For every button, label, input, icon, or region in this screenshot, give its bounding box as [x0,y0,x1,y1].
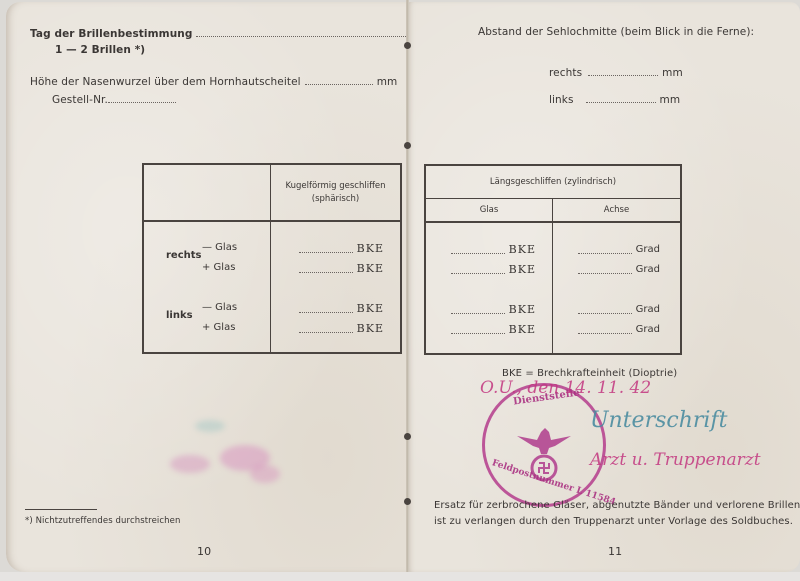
value-blank-line[interactable] [299,263,353,273]
nose-height-blank-line[interactable] [305,75,373,85]
value-row: BKE [426,259,552,279]
value-row: BKE [271,238,400,258]
cylindrical-header: Längsgeschliffen (zylindrisch) [425,165,681,198]
official-stamp: Dienststelle Feldpostnummer L 11584 [482,383,606,507]
value-blank-line[interactable] [451,304,505,314]
unit-bke: BKE [509,303,536,316]
replacement-notice-line2: ist zu verlangen durch den Truppenarzt u… [434,516,793,527]
spherical-header-line2: (sphärisch) [271,193,400,206]
unit-bke: BKE [357,302,384,315]
value-blank-line[interactable] [451,324,505,334]
page-number-right: 11 [608,545,622,558]
column-header-axis: Achse [553,198,682,222]
lens-minus-label: — Glas [202,238,237,258]
unit-grad: Grad [636,264,660,275]
value-row: Grad [553,299,680,319]
unit-mm: mm [660,94,681,106]
ink-smudge [195,420,225,432]
value-blank-line[interactable] [451,264,505,274]
pupil-distance-left-field: linksmm [549,93,680,106]
value-blank-line[interactable] [451,244,505,254]
frame-number-field: Gestell-Nr. [52,93,180,106]
unit-bke: BKE [357,322,384,335]
value-row: Grad [553,259,680,279]
stitch-hole [404,498,411,505]
value-row: BKE [271,298,400,318]
date-blank-line[interactable] [196,27,406,37]
nose-height-field: Höhe der Nasenwurzel über dem Hornhautsc… [30,75,397,88]
side-labels-cell: rechts — Glas + Glas links — Glas + Glas [143,221,271,353]
unit-bke: BKE [509,243,536,256]
spherical-values-cell: BKE BKE BKE BKE [271,221,402,353]
column-header-glass: Glas [425,198,553,222]
book-spine [406,0,409,575]
row-label-links: links [166,310,193,321]
unit-mm: mm [662,67,683,79]
value-row: BKE [426,319,552,339]
nose-height-label: Höhe der Nasenwurzel über dem Hornhautsc… [30,76,301,88]
stitch-hole [404,433,411,440]
value-blank-line[interactable] [578,304,632,314]
spherical-lens-table: Kugelförmig geschliffen (sphärisch) rech… [142,163,402,354]
row-label-rechts: rechts [166,250,202,261]
ink-smudge [250,465,280,483]
cylindrical-lens-table: Längsgeschliffen (zylindrisch) Glas Achs… [424,164,682,355]
unit-bke: BKE [357,242,384,255]
replacement-notice-line1: Ersatz für zerbrochene Gläser, abgenutzt… [434,500,800,511]
handwritten-signature: Unterschrift [590,408,727,433]
pupil-distance-left-label: links [549,94,574,106]
stitch-hole [404,42,411,49]
unit-bke: BKE [509,323,536,336]
lens-minus-label: — Glas [202,298,237,318]
footnote-divider [25,509,97,510]
nose-height-unit: mm [377,76,398,88]
spherical-header: Kugelförmig geschliffen (sphärisch) [271,164,402,221]
unit-grad: Grad [636,324,660,335]
frame-number-blank-line[interactable] [108,93,176,103]
value-row: BKE [426,299,552,319]
value-row: Grad [553,319,680,339]
value-blank-line[interactable] [299,323,353,333]
value-blank-line[interactable] [299,303,353,313]
value-blank-line[interactable] [578,244,632,254]
lens-plus-label: + Glas [202,258,237,278]
axis-values-cell: Grad Grad Grad Grad [553,222,682,354]
value-row: Grad [553,239,680,259]
pupil-distance-left-blank[interactable] [586,93,656,103]
unit-grad: Grad [636,304,660,315]
handwritten-date-line: O.U., den 14. 11. 42 [480,378,651,398]
glasses-count: 1 — 2 Brillen *) [55,44,145,56]
footnote: *) Nichtzutreffendes durchstreichen [25,516,180,526]
unit-grad: Grad [636,244,660,255]
value-row: BKE [271,318,400,338]
unit-bke: BKE [357,262,384,275]
value-blank-line[interactable] [299,243,353,253]
lens-plus-label: + Glas [202,318,237,338]
value-blank-line[interactable] [578,264,632,274]
pupil-distance-right-blank[interactable] [588,66,658,76]
unit-bke: BKE [509,263,536,276]
spherical-header-line1: Kugelförmig geschliffen [271,180,400,193]
background-edge [0,572,800,581]
value-row: BKE [271,258,400,278]
glass-values-cell: BKE BKE BKE BKE [425,222,553,354]
ink-smudge [170,455,210,473]
date-of-determination-label: Tag der Brillenbestimmung [30,28,192,40]
page-number-left: 10 [197,545,211,558]
value-blank-line[interactable] [578,324,632,334]
stitch-hole [404,142,411,149]
pupil-distance-right-label: rechts [549,67,582,79]
frame-number-label: Gestell-Nr. [52,94,108,106]
pupil-distance-label: Abstand der Sehlochmitte (beim Blick in … [478,26,754,38]
date-of-determination-field: Tag der Brillenbestimmung [30,27,410,40]
value-row: BKE [426,239,552,259]
table-corner-cell [143,164,271,221]
handwritten-title: Arzt u. Truppenarzt [590,450,761,470]
pupil-distance-right-field: rechtsmm [549,66,683,79]
